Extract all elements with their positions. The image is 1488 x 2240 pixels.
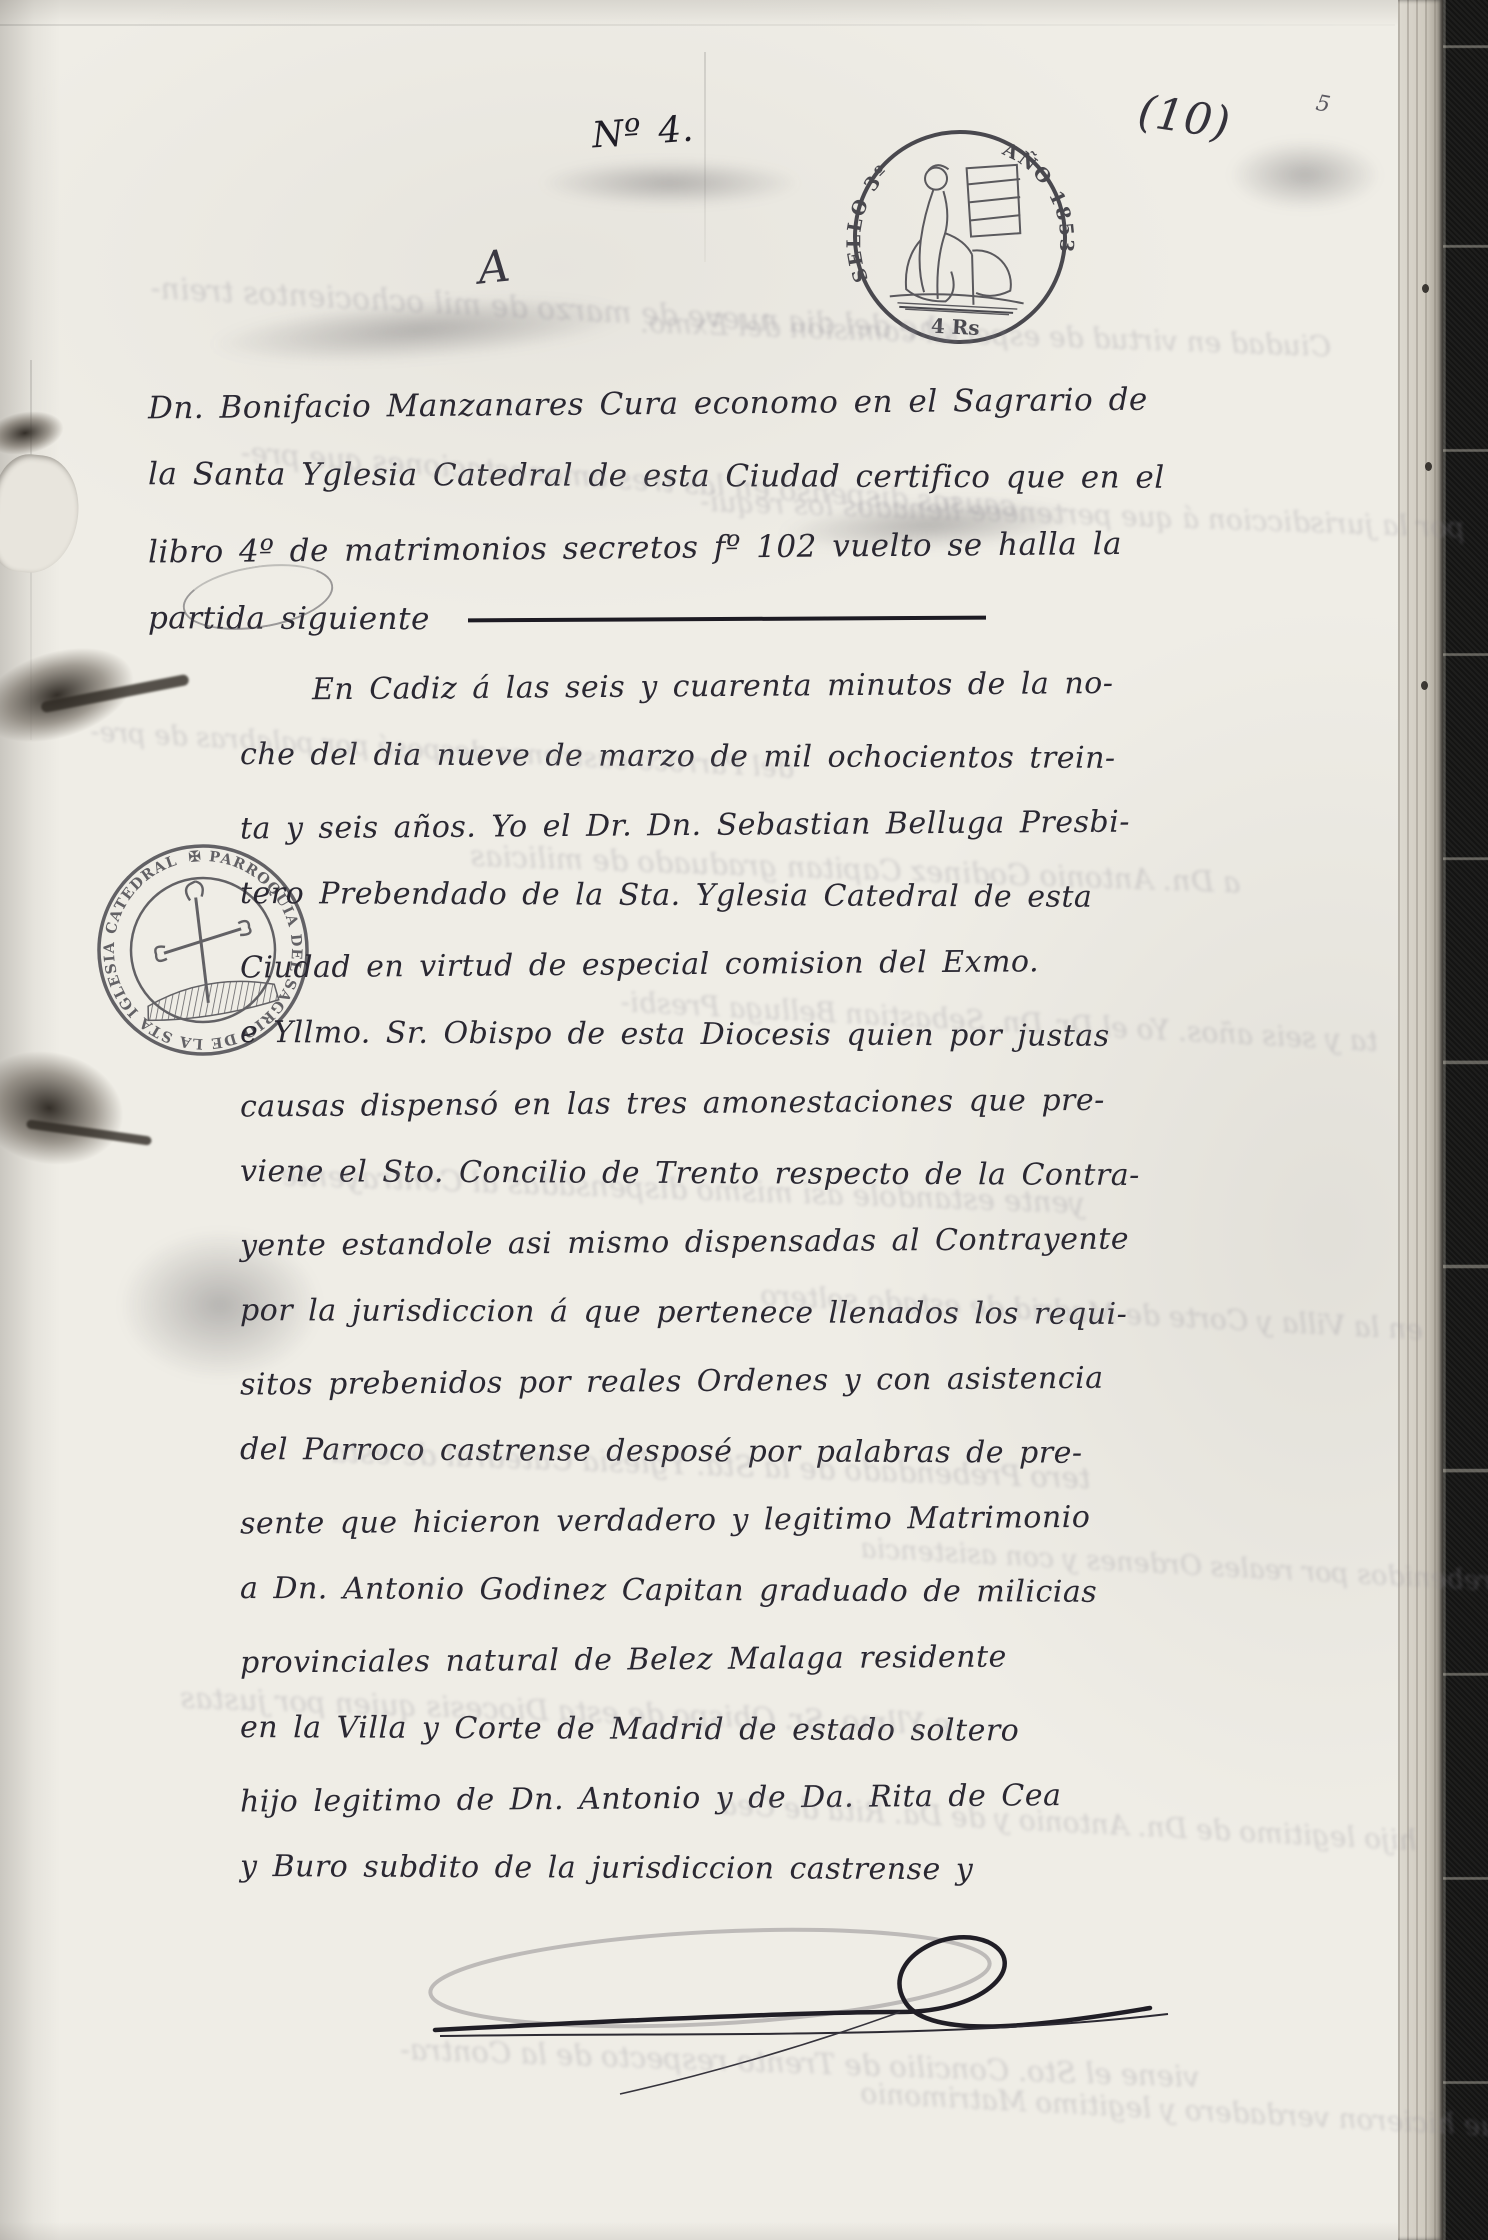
- ink-smudge: [540, 160, 800, 206]
- stitch-hole: [1421, 681, 1428, 690]
- photographed-manuscript-scene: Nº 4. (10) 5 A SELLO 3º AÑO 1853 4 Rs: [0, 0, 1488, 2240]
- manuscript-line: En Cadiz á las seis y cuarenta minutos d…: [312, 649, 1140, 725]
- paper-crease: [704, 52, 706, 262]
- manuscript-line: y Buro subdito de la jurisdiccion castre…: [240, 1832, 1140, 1905]
- svg-text:AÑO 1853: AÑO 1853: [993, 138, 1080, 255]
- stitch-hole: [1425, 462, 1432, 471]
- margin-letter: A: [475, 240, 512, 294]
- stitch-hole: [1422, 284, 1429, 293]
- paper-crease: [0, 24, 1395, 26]
- svg-text:SELLO 3º: SELLO 3º: [841, 159, 896, 288]
- ink-smudge: [1230, 140, 1380, 210]
- manuscript-line: sitos prebenidos por reales Ordenes y co…: [240, 1343, 1140, 1420]
- doc-number: Nº 4.: [591, 109, 695, 157]
- manuscript-line: causas dispensó en las tres amonestacion…: [240, 1065, 1140, 1142]
- stamp-class-text: SELLO 3º: [841, 159, 896, 288]
- manuscript-line: Dn. Bonifacio Manzanares Cura economo en…: [148, 364, 1165, 445]
- next-leaf-edge: [1398, 0, 1443, 2240]
- stamp-year-text: AÑO 1853: [993, 138, 1080, 255]
- seated-figure-illustration: [889, 159, 1031, 316]
